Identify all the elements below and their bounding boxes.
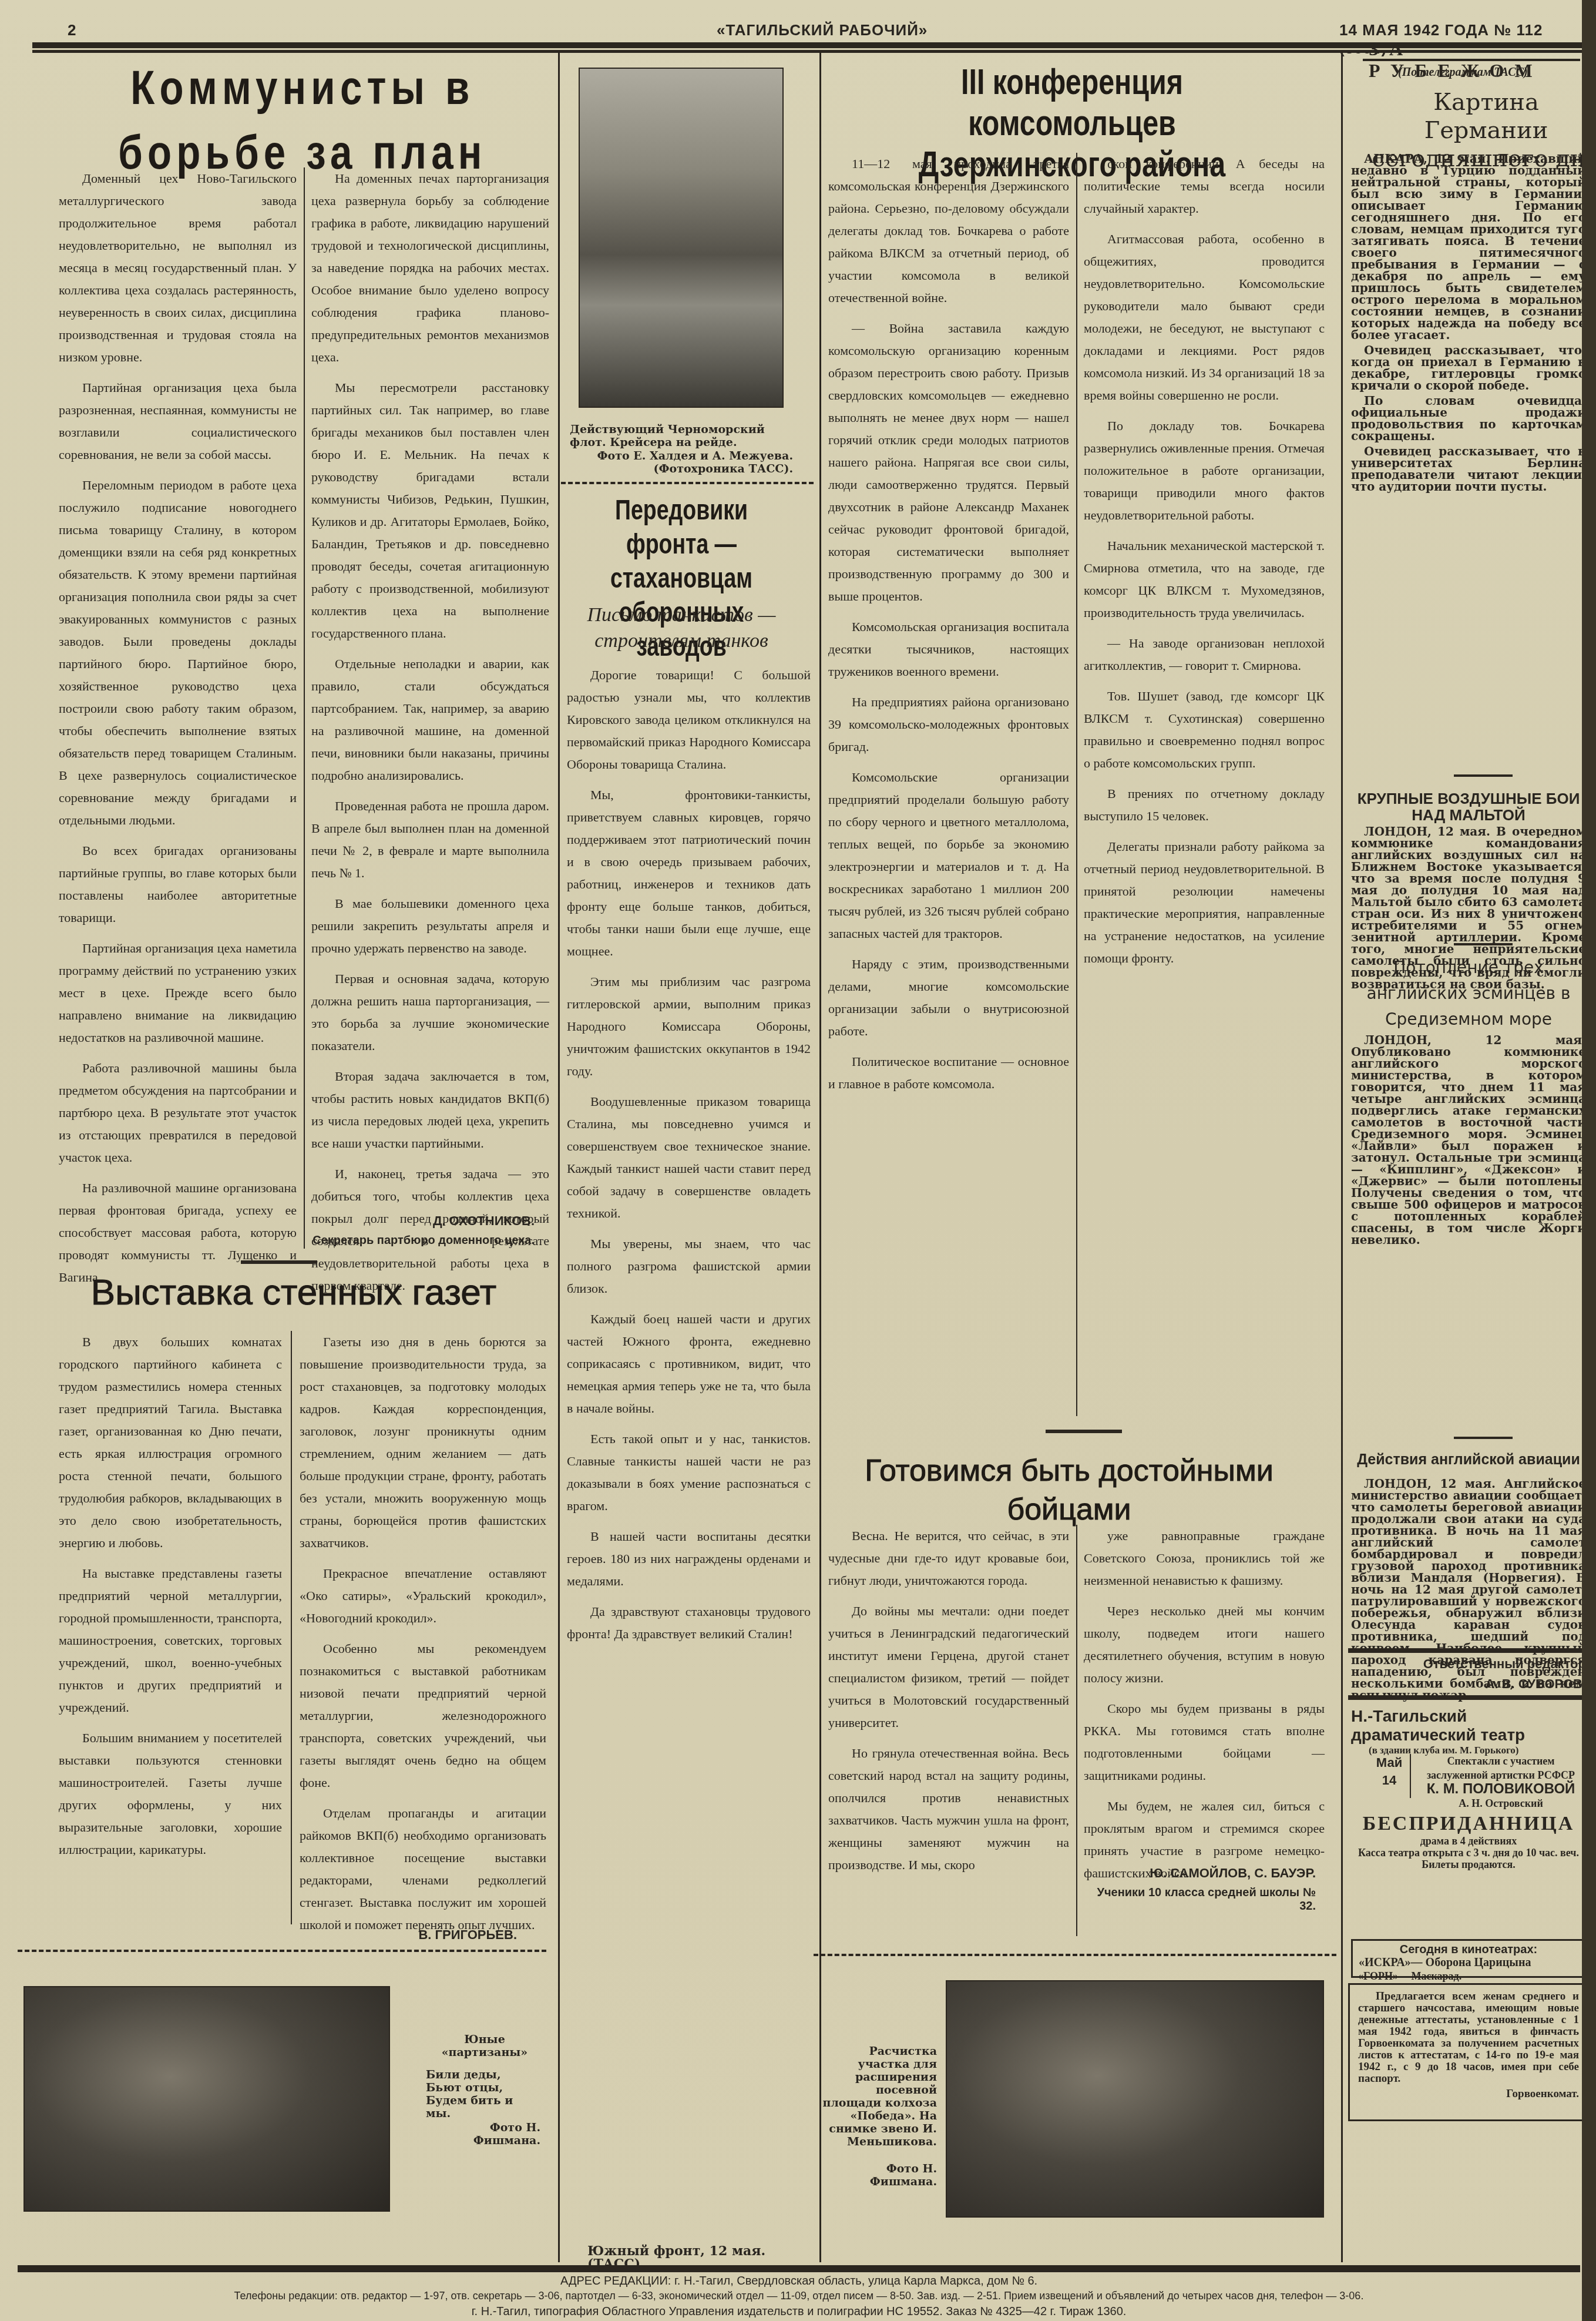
article-gotovimsya-col1: Весна. Не верится, что сейчас, в эти чуд… [828, 1525, 1069, 1884]
theatre-play: БЕСПРИДАННИЦА драма в 4 действиях Касса … [1351, 1813, 1586, 1870]
theatre-ad: Май 14 Спектакли с участием заслуженной … [1351, 1754, 1586, 1854]
masthead: 2 «ТАГИЛЬСКИЙ РАБОЧИЙ» 14 МАЯ 1942 ГОДА … [59, 16, 1586, 38]
photo-kolhoz-credit: Фото Н. Фишмана. [819, 2162, 937, 2188]
theatre-program: Спектакли с участием заслуженной артистк… [1416, 1754, 1586, 1810]
photo-ship-credit: Фото Е. Халдея и А. Межуева. (Фотохроник… [570, 450, 793, 475]
signature-title: Секретарь партбюро доменного цеха. [311, 1234, 535, 1247]
separator [1454, 1437, 1513, 1439]
signature-school: Ученики 10 класса средней школы № 32. [1087, 1886, 1316, 1913]
headline-deistvia-aviacii: Действия английской авиации [1351, 1451, 1586, 1468]
divider [1410, 1754, 1411, 1798]
article-konferencia-col2: ской конференции. А беседы на политическ… [1084, 153, 1325, 978]
subheadline-pismo: Письмо танкистов — строителям танков [564, 602, 799, 654]
photo-kolhoz-clearing [946, 1980, 1324, 2218]
rubric-rule [1363, 59, 1580, 61]
photo-kolhoz-caption: Расчистка участка для расширения посевно… [819, 2045, 937, 2148]
article-vystavka-col1: В двух больших комнатах городского парти… [59, 1331, 282, 1869]
photo-partisans-verse: Били деды, Бьют отцы, Будем бить и мы. [426, 2068, 537, 2120]
separator [1046, 1430, 1122, 1433]
headline-vystavka: Выставка стенных газет [35, 1269, 552, 1316]
signature-grigoriev: В. ГРИГОРЬЕВ. [300, 1927, 517, 1943]
separator [1454, 943, 1513, 945]
article-kommunisty-col2: На доменных печах парторганизация цеха р… [311, 167, 549, 1305]
page-number: 2 [68, 21, 76, 39]
theatre-date: Май 14 [1369, 1754, 1410, 1789]
wavy-separator [18, 1950, 546, 1952]
photo-black-sea-fleet [579, 68, 784, 408]
column-divider [304, 167, 305, 1249]
footer-rule [18, 2265, 1580, 2272]
separator [1454, 774, 1513, 777]
photo-young-partisans [23, 1986, 390, 2212]
rubric-abroad-source: (По телеграммам ТАСС) [1398, 66, 1586, 79]
column-divider [1341, 53, 1343, 2262]
article-vystavka-col2: Газеты изо дня в день борются за повышен… [300, 1331, 546, 1944]
separator [241, 1260, 317, 1264]
headline-gotovimsya: Готовимся быть достойными бойцами [811, 1451, 1328, 1529]
article-konferencia-col1: 11—12 мая проходила третья комсомольская… [828, 153, 1069, 1104]
footer-address: АДРЕС РЕДАКЦИИ: г. Н.-Тагил, Свердловска… [18, 2274, 1580, 2288]
page-edge [1582, 0, 1596, 2321]
headline-potoplenie: Потопление трех английских эсминцев в Ср… [1351, 955, 1586, 1032]
column-divider [819, 53, 821, 2262]
wavy-separator [561, 482, 814, 484]
column-divider [1076, 153, 1077, 1416]
military-notice: Предлагается всем женам среднего и старш… [1348, 1983, 1589, 2121]
article-peredoviki-body: Дорогие товарищи! С большой радостью узн… [567, 664, 811, 1653]
rule [1348, 1695, 1583, 1700]
footer-phones: Телефоны редакции: отв. редактор — 1-97,… [18, 2289, 1580, 2303]
photo-partisans-credit: Фото Н. Фишмана. [423, 2121, 540, 2147]
photo-ship-caption: Действующий Черноморский флот. Крейсера … [570, 423, 805, 449]
article-kartina: АНКАРА, 12 мая. Приехавший недавно в Тур… [1351, 153, 1586, 496]
responsible-editor: Ответственный редактор А. В. СУВОРОВ. [1351, 1654, 1586, 1694]
rule [1348, 1648, 1583, 1653]
wavy-separator [814, 1954, 1336, 1956]
theatre-ad-header: Н.-Тагильский драматический театр (в зда… [1351, 1707, 1586, 1756]
article-gotovimsya-col2: уже равноправные граждане Советского Сою… [1084, 1525, 1325, 1893]
footer-printer: г. Н.-Тагил, типография Областного Управ… [18, 2305, 1580, 2319]
signature-okhotnikov: Д. ОХОТНИКОВ. [311, 1213, 535, 1229]
article-kommunisty-col1: Доменный цех Ново-Тагильского металлурги… [59, 167, 297, 1297]
photo-partisans-title: Юные «партизаны» [423, 2033, 546, 2059]
cinema-item: «ГОРН»— Маскарад. [1358, 1970, 1461, 1983]
signature-samoilov: Ю. САМОЙЛОВ, С. БАУЭР. [1087, 1866, 1316, 1881]
cinema-item: «ИСКРА»— Оборона Царицына [1359, 1956, 1578, 1969]
newspaper-title: «ТАГИЛЬСКИЙ РАБОЧИЙ» [717, 21, 928, 39]
article-potoplenie: ЛОНДОН, 12 мая. Опубликовано коммюнике а… [1351, 1034, 1586, 1249]
headline-kommunisty: Коммунисты в борьбе за план [103, 56, 503, 185]
newspaper-page: 2 «ТАГИЛЬСКИЙ РАБОЧИЙ» 14 МАЯ 1942 ГОДА … [0, 0, 1596, 2321]
column-divider [558, 53, 560, 2262]
masthead-rule [32, 42, 1583, 50]
column-divider [291, 1331, 292, 1924]
column-divider [1076, 1525, 1077, 1936]
headline-malta: КРУПНЫЕ ВОЗДУШНЫЕ БОИ НАД МАЛЬТОЙ [1351, 790, 1586, 823]
